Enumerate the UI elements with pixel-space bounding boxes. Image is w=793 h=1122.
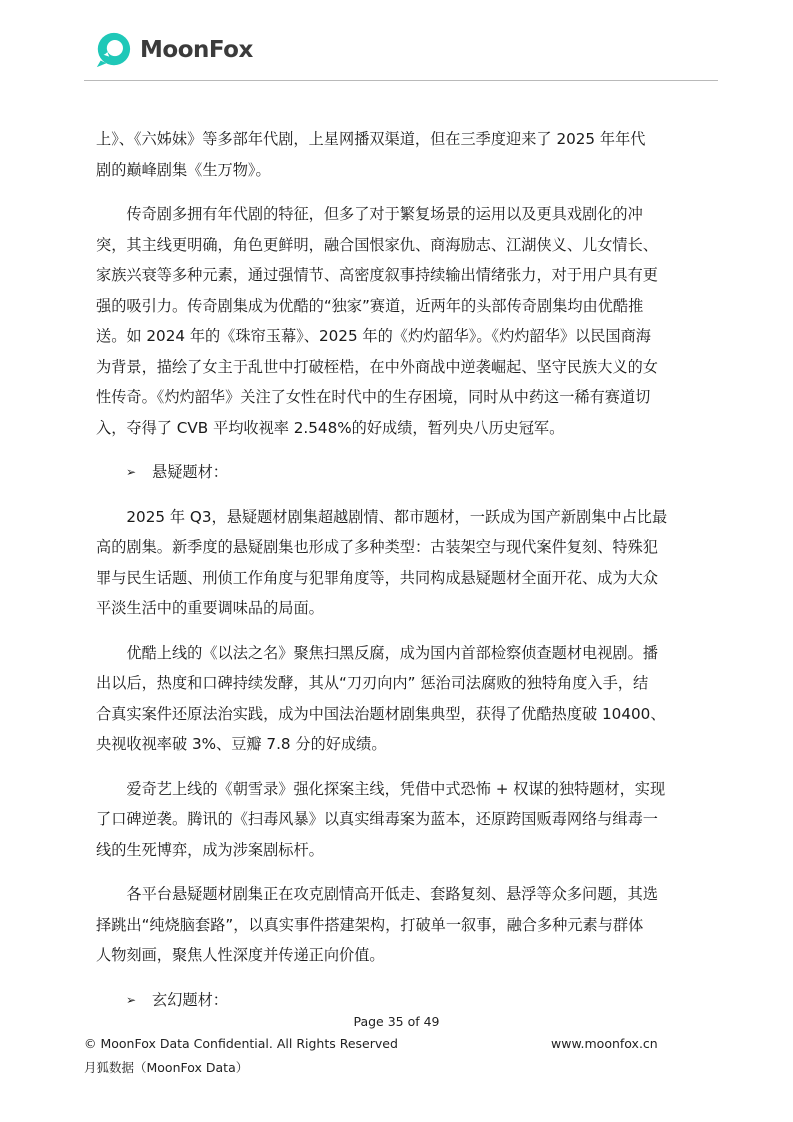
text-line: 爱奇艺上线的《朝雪录》强化探案主线，凭借中式恐怖 + 权谋的独特题材，实现 [96, 774, 666, 805]
text-line: 剧的巅峰剧集《生万物》。 [96, 155, 666, 186]
copyright-notice: © MoonFox Data Confidential. All Rights … [84, 1036, 398, 1051]
text-line: 送。如 2024 年的《珠帘玉幕》、2025 年的《灼灼韶华》。《灼灼韶华》以民… [96, 321, 666, 352]
text-line: 传奇剧多拥有年代剧的特征，但多了对于繁复场景的运用以及更具戏剧化的冲 [96, 199, 666, 230]
paragraph: 优酷上线的《以法之名》聚焦扫黑反腐，成为国内首部检察侦查题材电视剧。播 出以后，… [96, 638, 666, 760]
text-line: 性传奇。《灼灼韶华》关注了女性在时代中的生存困境，同时从中药这一稀有赛道切 [96, 382, 666, 413]
arrow-bullet-icon: ➢ [126, 457, 152, 488]
text-line: 强的吸引力。传奇剧集成为优酷的“独家”赛道，近两年的头部传奇剧集均由优酷推 [96, 291, 666, 322]
text-line: 各平台悬疑题材剧集正在攻克剧情高开低走、套路复刻、悬浮等众多问题，其选 [96, 879, 666, 910]
moonfox-logo-icon [94, 31, 132, 69]
moonfox-logo: MoonFox [94, 31, 253, 69]
arrow-bullet-icon: ➢ [126, 985, 152, 1016]
text-line: 优酷上线的《以法之名》聚焦扫黑反腐，成为国内首部检察侦查题材电视剧。播 [96, 638, 666, 669]
text-line: 上》、《六姊妹》等多部年代剧，上星网播双渠道，但在三季度迎来了 2025 年年代 [96, 124, 666, 155]
text-line: 为背景，描绘了女主于乱世中打破桎梏，在中外商战中逆袭崛起、坚守民族大义的女 [96, 352, 666, 383]
page-number: Page 35 of 49 [0, 1014, 793, 1029]
text-line: 择跳出“纯烧脑套路”，以真实事件搭建架构，打破单一叙事，融合多种元素与群体 [96, 910, 666, 941]
text-line: 入，夺得了 CVB 平均收视率 2.548%的好成绩，暂列央八历史冠军。 [96, 413, 666, 444]
text-line: 央视收视率破 3%、豆瓣 7.8 分的好成绩。 [96, 729, 666, 760]
paragraph: 上》、《六姊妹》等多部年代剧，上星网播双渠道，但在三季度迎来了 2025 年年代… [96, 124, 666, 185]
company-name: 月狐数据（MoonFox Data） [84, 1058, 248, 1076]
text-line: 人物刻画，聚焦人性深度并传递正向价值。 [96, 940, 666, 971]
text-line: 了口碑逆袭。腾讯的《扫毒风暴》以真实缉毒案为蓝本，还原跨国贩毒网络与缉毒一 [96, 804, 666, 835]
text-line: 线的生死博弈，成为涉案剧标杆。 [96, 835, 666, 866]
section-heading-label: 玄幻题材： [152, 985, 228, 1016]
page-header: MoonFox [0, 0, 793, 82]
paragraph: 传奇剧多拥有年代剧的特征，但多了对于繁复场景的运用以及更具戏剧化的冲 突，其主线… [96, 199, 666, 443]
text-line: 合真实案件还原法治实践，成为中国法治题材剧集典型，获得了优酷热度破 10400、 [96, 699, 666, 730]
text-line: 罪与民生话题、刑侦工作角度与犯罪角度等，共同构成悬疑题材全面开花、成为大众 [96, 563, 666, 594]
section-heading-suspense: ➢ 悬疑题材： [96, 457, 666, 488]
text-line: 出以后，热度和口碑持续发酵，其从“刀刃向内” 惩治司法腐败的独特角度入手，结 [96, 668, 666, 699]
header-divider [84, 80, 718, 81]
text-line: 突，其主线更明确，角色更鲜明，融合国恨家仇、商海励志、江湖侠义、儿女情长、 [96, 230, 666, 261]
paragraph: 各平台悬疑题材剧集正在攻克剧情高开低走、套路复刻、悬浮等众多问题，其选 择跳出“… [96, 879, 666, 971]
document-body: 上》、《六姊妹》等多部年代剧，上星网播双渠道，但在三季度迎来了 2025 年年代… [96, 124, 666, 1029]
section-heading-fantasy: ➢ 玄幻题材： [96, 985, 666, 1016]
text-line: 家族兴衰等多种元素，通过强情节、高密度叙事持续输出情绪张力，对于用户具有更 [96, 260, 666, 291]
text-line: 高的剧集。新季度的悬疑剧集也形成了多种类型：古装架空与现代案件复刻、特殊犯 [96, 532, 666, 563]
website-link[interactable]: www.moonfox.cn [551, 1036, 658, 1051]
text-line: 平淡生活中的重要调味品的局面。 [96, 593, 666, 624]
paragraph: 2025 年 Q3，悬疑题材剧集超越剧情、都市题材，一跃成为国产新剧集中占比最 … [96, 502, 666, 624]
brand-name: MoonFox [140, 37, 253, 63]
paragraph: 爱奇艺上线的《朝雪录》强化探案主线，凭借中式恐怖 + 权谋的独特题材，实现 了口… [96, 774, 666, 866]
text-line: 2025 年 Q3，悬疑题材剧集超越剧情、都市题材，一跃成为国产新剧集中占比最 [96, 502, 666, 533]
section-heading-label: 悬疑题材： [152, 457, 228, 488]
